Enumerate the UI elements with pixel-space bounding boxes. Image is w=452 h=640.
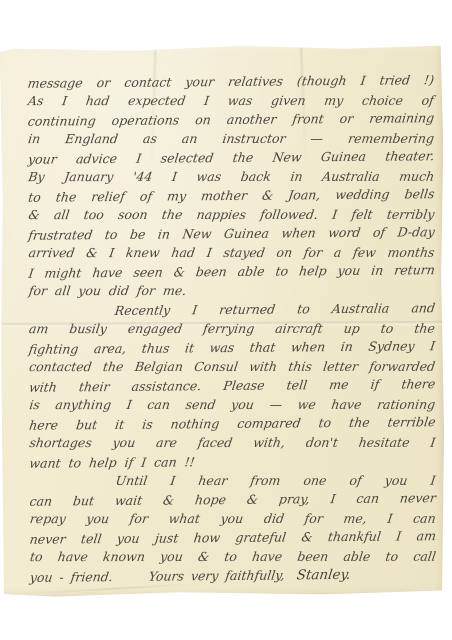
signature: Stanley. [295,566,351,586]
letter-line: arrived & I knew had I stayed on for a f… [27,243,435,262]
letter-line: By January '44 I was back in Australia m… [27,167,435,186]
letter-line: I might have seen & been able to help yo… [27,260,436,283]
letter-line: with their assistance. Please tell me if… [28,374,437,397]
letter-line: repay you for what you did for me, I can [29,509,437,528]
letter-paper: message or contact your relatives (thoug… [0,45,445,598]
letter-line: message or contact your relatives (thoug… [27,70,436,93]
letter-line: for all you did for me. [28,281,436,300]
letter-line-paragraph-start: Until I hear from one of you I [28,471,436,490]
letter-line: contacted the Belgian Consul with this l… [28,357,436,376]
letter-line: frustrated to be in New Guinea when word… [27,222,436,245]
letter-line: here but it is nothing compared to the t… [28,412,437,435]
letter-line: never tell you just how grateful & thank… [29,526,438,549]
letter-line-paragraph-start: Recently I returned to Australia and [28,298,437,321]
letter-line: & all too soon the nappies followed. I f… [27,205,435,224]
letter-line: shortages you are faced with, don't hesi… [28,433,436,452]
letter-line: am busily engaged ferrying aircraft up t… [28,319,436,338]
letter-line: to the relief of my mother & Joan, weddi… [27,184,436,207]
letter-body: message or contact your relatives (thoug… [28,71,436,586]
letter-line: to have known you & to have been able to… [29,547,437,566]
letter-closing-line: you - friend. Yours very faithfully, Sta… [29,564,438,587]
letter-line: in England as an instructor — rememberin… [27,129,435,148]
valediction: Yours very faithfully, [148,565,286,585]
letter-line: As I had expected I was given my choice … [27,91,435,110]
letter-line: your advice I selected the New Guinea th… [27,146,436,169]
closing-text: you - friend. [29,567,114,587]
letter-line: is anything I can send you — we have rat… [28,395,436,414]
letter-line: want to help if I can !! [28,450,437,473]
letter-line: can but wait & hope & pray, I can never [28,488,437,511]
letter-line: continuing operations on another front o… [27,108,436,131]
scan-background: message or contact your relatives (thoug… [0,0,452,640]
letter-line: fighting area, thus it was that when in … [28,336,437,359]
